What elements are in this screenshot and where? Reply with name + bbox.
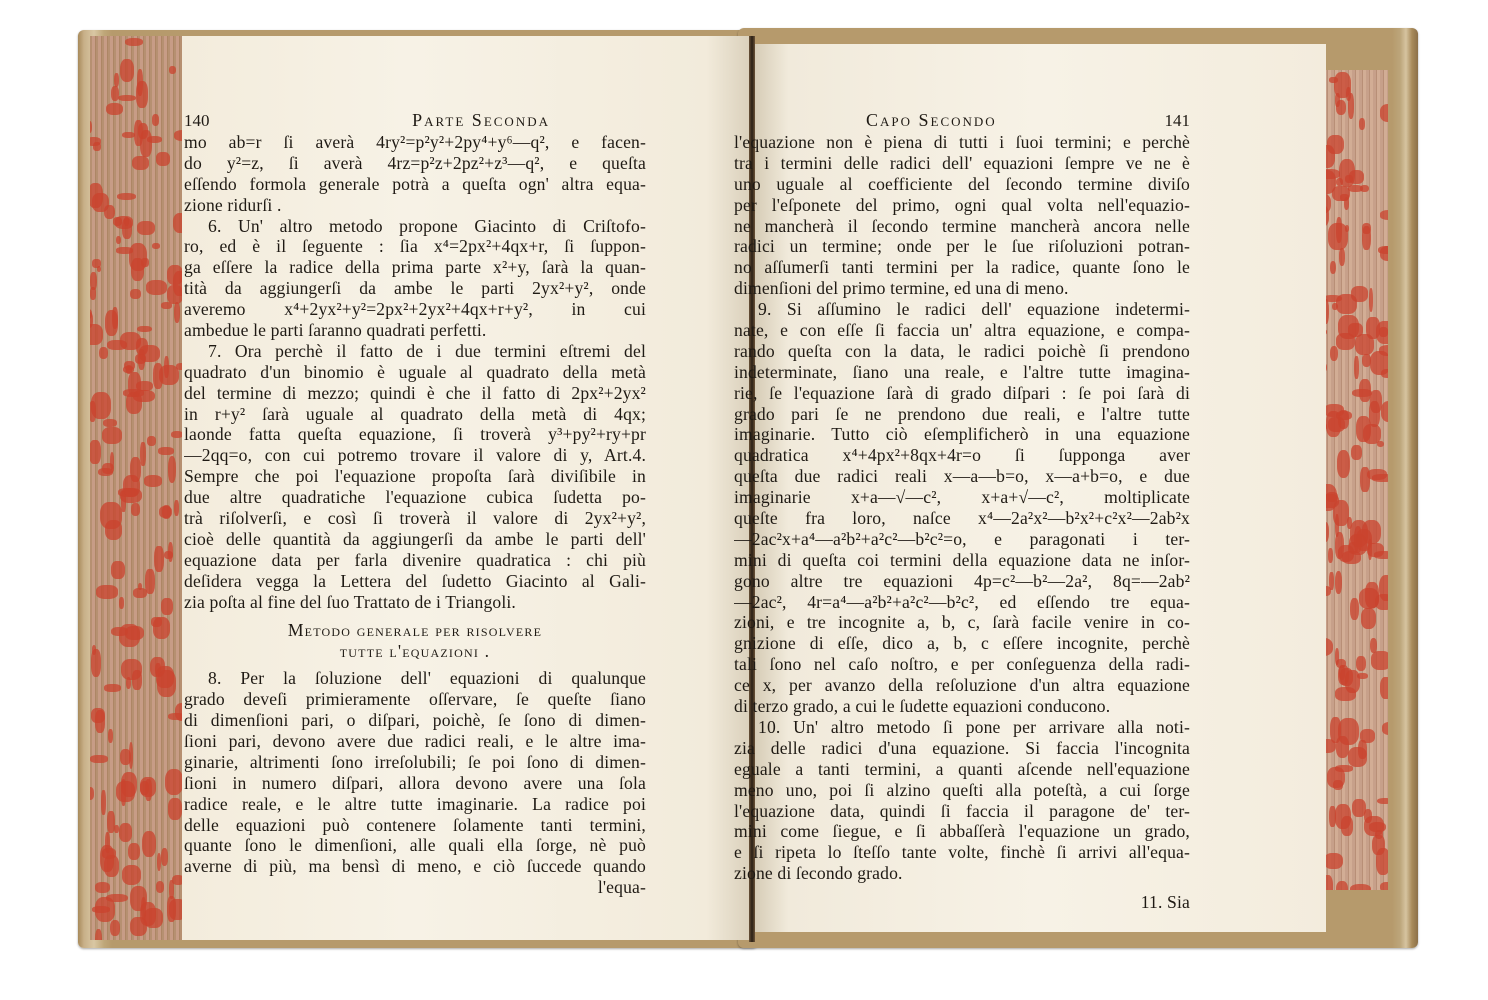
red-speckle — [92, 259, 100, 267]
red-speckle — [152, 114, 159, 125]
red-speckle — [175, 703, 182, 721]
text-line: —2ac², 4r=a⁴—a²b²+a²c²—b²c², ed eſſendo … — [734, 592, 1190, 613]
red-speckle — [90, 401, 96, 422]
red-speckle — [1356, 656, 1366, 671]
right-body-paragraphs: l'equazione non è piena di tutti i ſuoi … — [734, 132, 1190, 884]
red-speckle — [1335, 571, 1343, 595]
red-speckle — [1350, 598, 1359, 620]
red-speckle — [1348, 747, 1367, 767]
red-speckle — [105, 310, 119, 336]
text-line: tali ſono nel caſo noſtro, e per conſegu… — [734, 654, 1190, 675]
red-speckle — [126, 677, 131, 689]
red-speckle — [142, 831, 157, 857]
red-speckle — [147, 136, 162, 143]
text-line: meno uno, poi ſi alzino queſti alla pote… — [734, 780, 1190, 801]
red-speckle — [90, 137, 101, 146]
red-speckle — [1336, 881, 1348, 890]
sprinkled-page-edge-left — [90, 36, 182, 940]
red-speckle — [1324, 853, 1343, 869]
red-speckle — [1377, 441, 1385, 447]
red-speckle — [1340, 194, 1349, 200]
red-speckle — [90, 755, 107, 763]
red-speckle — [120, 59, 135, 82]
text-line: averne di più, ma bensì di meno, e ciò ſ… — [184, 856, 646, 877]
text-line: e ſi ripeta lo ſteſſo tante volte, finch… — [734, 842, 1190, 863]
page-number-left: 140 — [184, 111, 210, 132]
red-speckle — [156, 881, 165, 893]
red-speckle — [1379, 327, 1387, 336]
red-speckle — [1380, 210, 1388, 219]
red-speckle — [90, 324, 103, 345]
red-speckle — [1371, 651, 1388, 669]
red-speckle — [168, 456, 177, 483]
red-speckle — [128, 843, 140, 860]
red-speckle — [168, 542, 173, 562]
red-speckle — [110, 452, 115, 470]
text-line: eſſendo formola generale potrà a queſta … — [184, 174, 646, 195]
red-speckle — [1337, 450, 1351, 478]
text-line: zia poſta al fine del ſuo Trattato de i … — [184, 592, 646, 613]
red-speckle — [169, 880, 174, 899]
red-speckle — [1349, 170, 1365, 184]
text-line: do y²=z, ſi averà 4rz=p²z+2pz²+z³—q², e … — [184, 153, 646, 174]
red-speckle — [129, 742, 134, 769]
text-line: 8. Per la ſoluzione dell' equazioni di q… — [184, 668, 646, 689]
red-speckle — [1351, 445, 1362, 459]
text-line: grado deveſi primieramente oſſervare, ſe… — [184, 689, 646, 710]
red-speckle — [1335, 765, 1352, 772]
red-speckle — [95, 929, 102, 940]
text-line: laonde fatta queſta equazione, ſi trover… — [184, 424, 646, 445]
text-line: ne mancherà il ſecondo termine mancherà … — [734, 216, 1190, 237]
red-speckle — [92, 645, 97, 655]
red-speckle — [174, 500, 179, 516]
text-line: rando queſta con la data, le radici poic… — [734, 341, 1190, 362]
red-speckle — [116, 781, 135, 802]
red-speckle — [144, 475, 162, 486]
text-line: equazione data per farla divenire quadra… — [184, 550, 646, 571]
red-speckle — [1345, 670, 1360, 693]
catchword-right: 11. Sia — [734, 892, 1190, 913]
red-speckle — [1366, 317, 1379, 339]
section-heading-line-2: tutte l'equazioni . — [184, 641, 646, 662]
text-line: Sempre che poi l'equazione propoſta ſarà… — [184, 466, 646, 487]
left-body-paragraphs: mo ab=r ſi averà 4ry²=p²y²+2py⁴+y⁶—q², e… — [184, 132, 646, 612]
red-speckle — [140, 781, 150, 795]
red-speckle — [156, 152, 170, 166]
red-speckle — [1339, 248, 1345, 266]
red-speckle — [99, 347, 108, 360]
red-speckle — [137, 326, 151, 332]
red-speckle — [106, 894, 127, 903]
red-speckle — [1351, 286, 1368, 301]
red-speckle — [1329, 572, 1333, 590]
red-speckle — [1370, 638, 1377, 653]
red-speckle — [102, 427, 121, 444]
text-line: per l'eſponete del primo, ogni qual volt… — [734, 195, 1190, 216]
red-speckle — [1380, 246, 1388, 261]
red-speckle — [1380, 104, 1388, 121]
red-speckle — [144, 908, 163, 928]
text-line: zia delle radici d'una equazione. Si fac… — [734, 738, 1190, 759]
red-speckle — [140, 442, 145, 467]
red-speckle — [145, 569, 154, 594]
red-speckle — [1361, 608, 1376, 628]
text-line: 10. Un' altro metodo ſi pone per arrivar… — [734, 717, 1190, 738]
red-speckle — [1330, 261, 1336, 274]
red-speckle — [1380, 677, 1388, 699]
red-speckle — [111, 627, 128, 636]
red-speckle — [1369, 401, 1380, 427]
red-speckle — [1348, 323, 1363, 337]
red-speckle — [1354, 356, 1359, 379]
red-speckle — [1360, 467, 1369, 492]
text-line: no aſſumerſi tanti termini per la radice… — [734, 257, 1190, 278]
text-line: mini come ſiegue, e ſi abbaſſerà l'equaz… — [734, 821, 1190, 842]
red-speckle — [130, 457, 141, 482]
red-speckle — [123, 389, 144, 396]
text-line: 9. Si aſſumino le radici dell' equazione… — [734, 299, 1190, 320]
text-line: zioni, e tre incognite a, b, c, ſarà fac… — [734, 612, 1190, 633]
red-speckle — [1336, 659, 1346, 668]
red-speckle — [1329, 77, 1337, 83]
red-speckle — [1376, 848, 1388, 876]
red-speckle — [92, 906, 110, 913]
red-speckle — [169, 66, 176, 74]
red-speckle — [136, 81, 147, 108]
red-speckle — [1375, 594, 1388, 611]
text-line: ga eſſere la radice della prima parte x²… — [184, 257, 646, 278]
red-speckle — [118, 95, 136, 101]
left-page-text: 140 Parte Seconda mo ab=r ſi averà 4ry²=… — [184, 110, 646, 898]
red-speckle — [106, 103, 123, 116]
red-speckle — [119, 597, 124, 609]
text-line: di dimenſioni pari, o diſpari, poichè, ſ… — [184, 710, 646, 731]
section-heading-line-1: Metodo generale per risolvere — [184, 620, 646, 641]
red-speckle — [107, 340, 127, 350]
red-speckle — [125, 38, 143, 46]
text-line: —2qq=o, con cui potremo trovare il valor… — [184, 445, 646, 466]
text-line: l'equazione data, quindi ſi faccia il pa… — [734, 801, 1190, 822]
red-speckle — [152, 243, 160, 249]
red-speckle — [110, 920, 120, 936]
red-speckle — [1341, 816, 1353, 836]
red-speckle — [122, 132, 135, 138]
red-speckle — [165, 769, 182, 795]
text-line: rie, ſe l'equazione ſarà di grado diſpar… — [734, 383, 1190, 404]
red-speckle — [90, 440, 101, 464]
running-head-left: Parte Seconda — [412, 110, 550, 131]
red-speckle — [1328, 548, 1333, 563]
text-line: in r+y² ſarà uguale al quadrato della me… — [184, 404, 646, 425]
right-running-head: Capo Secondo 141 — [734, 110, 1190, 132]
red-speckle — [96, 585, 118, 598]
red-speckle — [137, 221, 155, 235]
red-speckle — [1362, 223, 1371, 234]
red-speckle — [105, 832, 110, 853]
red-speckle — [1336, 411, 1352, 420]
red-speckle — [1374, 551, 1388, 558]
red-speckle — [1369, 822, 1386, 833]
text-line: zione di ſecondo grado. — [734, 863, 1190, 884]
red-speckle — [117, 193, 136, 200]
text-line: averemo x⁴+2yx²+y²=2px²+2yx²+4qx+r+y², i… — [184, 299, 646, 320]
text-line: 7. Ora perchè il fatto de i due termini … — [184, 341, 646, 362]
red-speckle — [167, 265, 182, 285]
red-speckle — [119, 823, 133, 842]
red-speckle — [1372, 474, 1388, 481]
red-speckle — [164, 356, 169, 378]
red-speckle — [173, 213, 182, 233]
red-speckle — [104, 684, 120, 692]
text-line: l'equazione non è piena di tutti i ſuoi … — [734, 132, 1190, 153]
red-speckle — [158, 447, 174, 455]
text-line: imaginarie. Tutto ciò eſemplificherò in … — [734, 424, 1190, 445]
text-line: queſte fra loro, naſce x⁴—2a²x²—b²x²+c²x… — [734, 508, 1190, 529]
red-speckle — [1336, 178, 1344, 186]
text-line: zione ridurſi . — [184, 195, 646, 216]
running-head-right: Capo Secondo — [866, 110, 997, 131]
text-line: dimenſioni del primo termine, ed una di … — [734, 278, 1190, 299]
text-line: 6. Un' altro metodo propone Giacinto di … — [184, 216, 646, 237]
red-speckle — [103, 419, 117, 427]
red-speckle — [1359, 118, 1365, 130]
red-speckle — [130, 289, 141, 299]
red-speckle — [1350, 884, 1371, 890]
text-line: del termine di mezzo; quindi è che il fa… — [184, 383, 646, 404]
text-line: deſidera vegga la Lettera del ſudetto Gi… — [184, 571, 646, 592]
text-line: ro, ed è il ſeguente : ſia x⁴=2px²+4qx+r… — [184, 236, 646, 257]
red-speckle — [1327, 135, 1344, 154]
red-speckle — [1350, 520, 1369, 547]
text-line: —2ac²x+a⁴—a²b²+a²c²—b²c²=o, e paragonati… — [734, 529, 1190, 550]
red-speckle — [90, 787, 94, 800]
red-speckle — [1345, 225, 1350, 232]
red-speckle — [95, 882, 110, 893]
text-line: ſioni pari, devono avere due radici real… — [184, 731, 646, 752]
red-speckle — [132, 156, 149, 170]
red-speckle — [131, 503, 140, 515]
text-line: uno uguale al coefficiente del ſecondo t… — [734, 174, 1190, 195]
left-running-head: 140 Parte Seconda — [184, 110, 646, 132]
red-speckle — [113, 217, 123, 225]
red-speckle — [108, 729, 113, 743]
text-line: radice reale, e le altre tutte imaginari… — [184, 794, 646, 815]
text-line: gono altre tre equazioni 4p=c²—b²—2a², 8… — [734, 571, 1190, 592]
red-speckle — [154, 546, 163, 572]
red-speckle — [138, 349, 145, 370]
red-speckle — [95, 710, 105, 732]
text-line: di terzo grado, a cui le ſudette equazio… — [734, 696, 1190, 717]
text-line: ambedue le parti ſaranno quadrati perfet… — [184, 320, 646, 341]
red-speckle — [1369, 288, 1373, 312]
text-line: eguale a tanti termini, a quanti aſcende… — [734, 759, 1190, 780]
text-line: cioè delle quantità da aggiungerſi da am… — [184, 529, 646, 550]
text-line: mini di queſta coi termini della equazio… — [734, 550, 1190, 571]
text-line: radici un termine; onde per le ſue riſol… — [734, 236, 1190, 257]
text-line: ſioni in numero diſpari, allora devono a… — [184, 773, 646, 794]
red-speckle — [161, 302, 172, 309]
text-line: quante ſono le dimenſioni, alle quali el… — [184, 835, 646, 856]
red-speckle — [111, 561, 124, 579]
red-speckle — [1335, 93, 1340, 106]
red-speckle — [147, 436, 156, 446]
text-line: tità da aggiungerſi da ambe le parti 2yx… — [184, 278, 646, 299]
red-speckle — [1379, 345, 1388, 356]
red-speckle — [157, 853, 162, 871]
red-speckle — [90, 183, 103, 208]
text-line: trà riſolverſi, e così ſi troverà il val… — [184, 508, 646, 529]
red-speckle — [169, 899, 182, 919]
red-speckle — [153, 617, 171, 639]
text-line: imaginarie x+a—√—c², x+a+√—c², moltiplic… — [734, 487, 1190, 508]
catchword-left: l'equa- — [184, 877, 646, 898]
red-speckle — [90, 272, 97, 291]
red-speckle — [1336, 217, 1342, 244]
text-line: quadratica x⁴+4px²+8qx+4r=o ſi ſupponga … — [734, 445, 1190, 466]
red-speckle — [1382, 722, 1388, 735]
red-speckle — [116, 247, 133, 253]
red-speckle — [100, 502, 121, 529]
red-speckle — [168, 798, 182, 820]
red-speckle — [101, 790, 106, 815]
red-speckle — [124, 361, 135, 370]
red-speckle — [1380, 882, 1389, 890]
text-line: ce x, per avanzo della reſoluzione d'un … — [734, 675, 1190, 696]
red-speckle — [161, 848, 168, 867]
red-speckle — [138, 123, 148, 139]
red-speckle — [1377, 798, 1388, 804]
text-line: indeterminate, ſiano una reale, e l'altr… — [734, 362, 1190, 383]
red-speckle — [132, 670, 141, 689]
red-speckle — [171, 431, 182, 438]
text-line: ginarie, altrimenti ſono irreſolubili; ſ… — [184, 752, 646, 773]
text-line: queſta due radici reali x—a—b=o, x—a+b=o… — [734, 466, 1190, 487]
red-speckle — [1360, 729, 1375, 743]
red-speckle — [131, 258, 144, 281]
red-speckle — [150, 657, 165, 677]
text-line: gnizione di eſſe, dico a, b, c eſſere in… — [734, 633, 1190, 654]
red-speckle — [159, 506, 173, 518]
text-line: mo ab=r ſi averà 4ry²=p²y²+2py⁴+y⁶—q², e… — [184, 132, 646, 153]
text-line: due altre quadratiche l'equazione cubica… — [184, 487, 646, 508]
red-speckle — [174, 130, 182, 141]
red-speckle — [122, 865, 141, 885]
red-speckle — [1364, 809, 1372, 823]
text-line: quadrato d'un binomio è uguale al quadra… — [184, 362, 646, 383]
text-line: grado pari ſe ne prendono due reali, e l… — [734, 404, 1190, 425]
right-page-text: Capo Secondo 141 l'equazione non è piena… — [734, 110, 1190, 913]
red-speckle — [90, 121, 92, 134]
text-line: delle equazioni può contenere ſolamente … — [184, 815, 646, 836]
red-speckle — [146, 280, 167, 295]
red-speckle — [161, 598, 172, 614]
left-body-paragraphs-after: 8. Per la ſoluzione dell' equazioni di q… — [184, 668, 646, 877]
page-number-right: 141 — [1165, 111, 1191, 132]
red-speckle — [1330, 346, 1338, 361]
text-line: nate, e con eſſe ſi faccia un' altra equ… — [734, 320, 1190, 341]
text-line: tra i termini delle radici dell' equazio… — [734, 153, 1190, 174]
red-speckle — [1333, 780, 1343, 790]
red-speckle — [1360, 185, 1369, 193]
red-speckle — [174, 302, 180, 323]
red-speckle — [1381, 401, 1388, 422]
red-speckle — [1346, 87, 1351, 102]
red-speckle — [116, 236, 121, 245]
red-speckle — [1352, 389, 1372, 398]
